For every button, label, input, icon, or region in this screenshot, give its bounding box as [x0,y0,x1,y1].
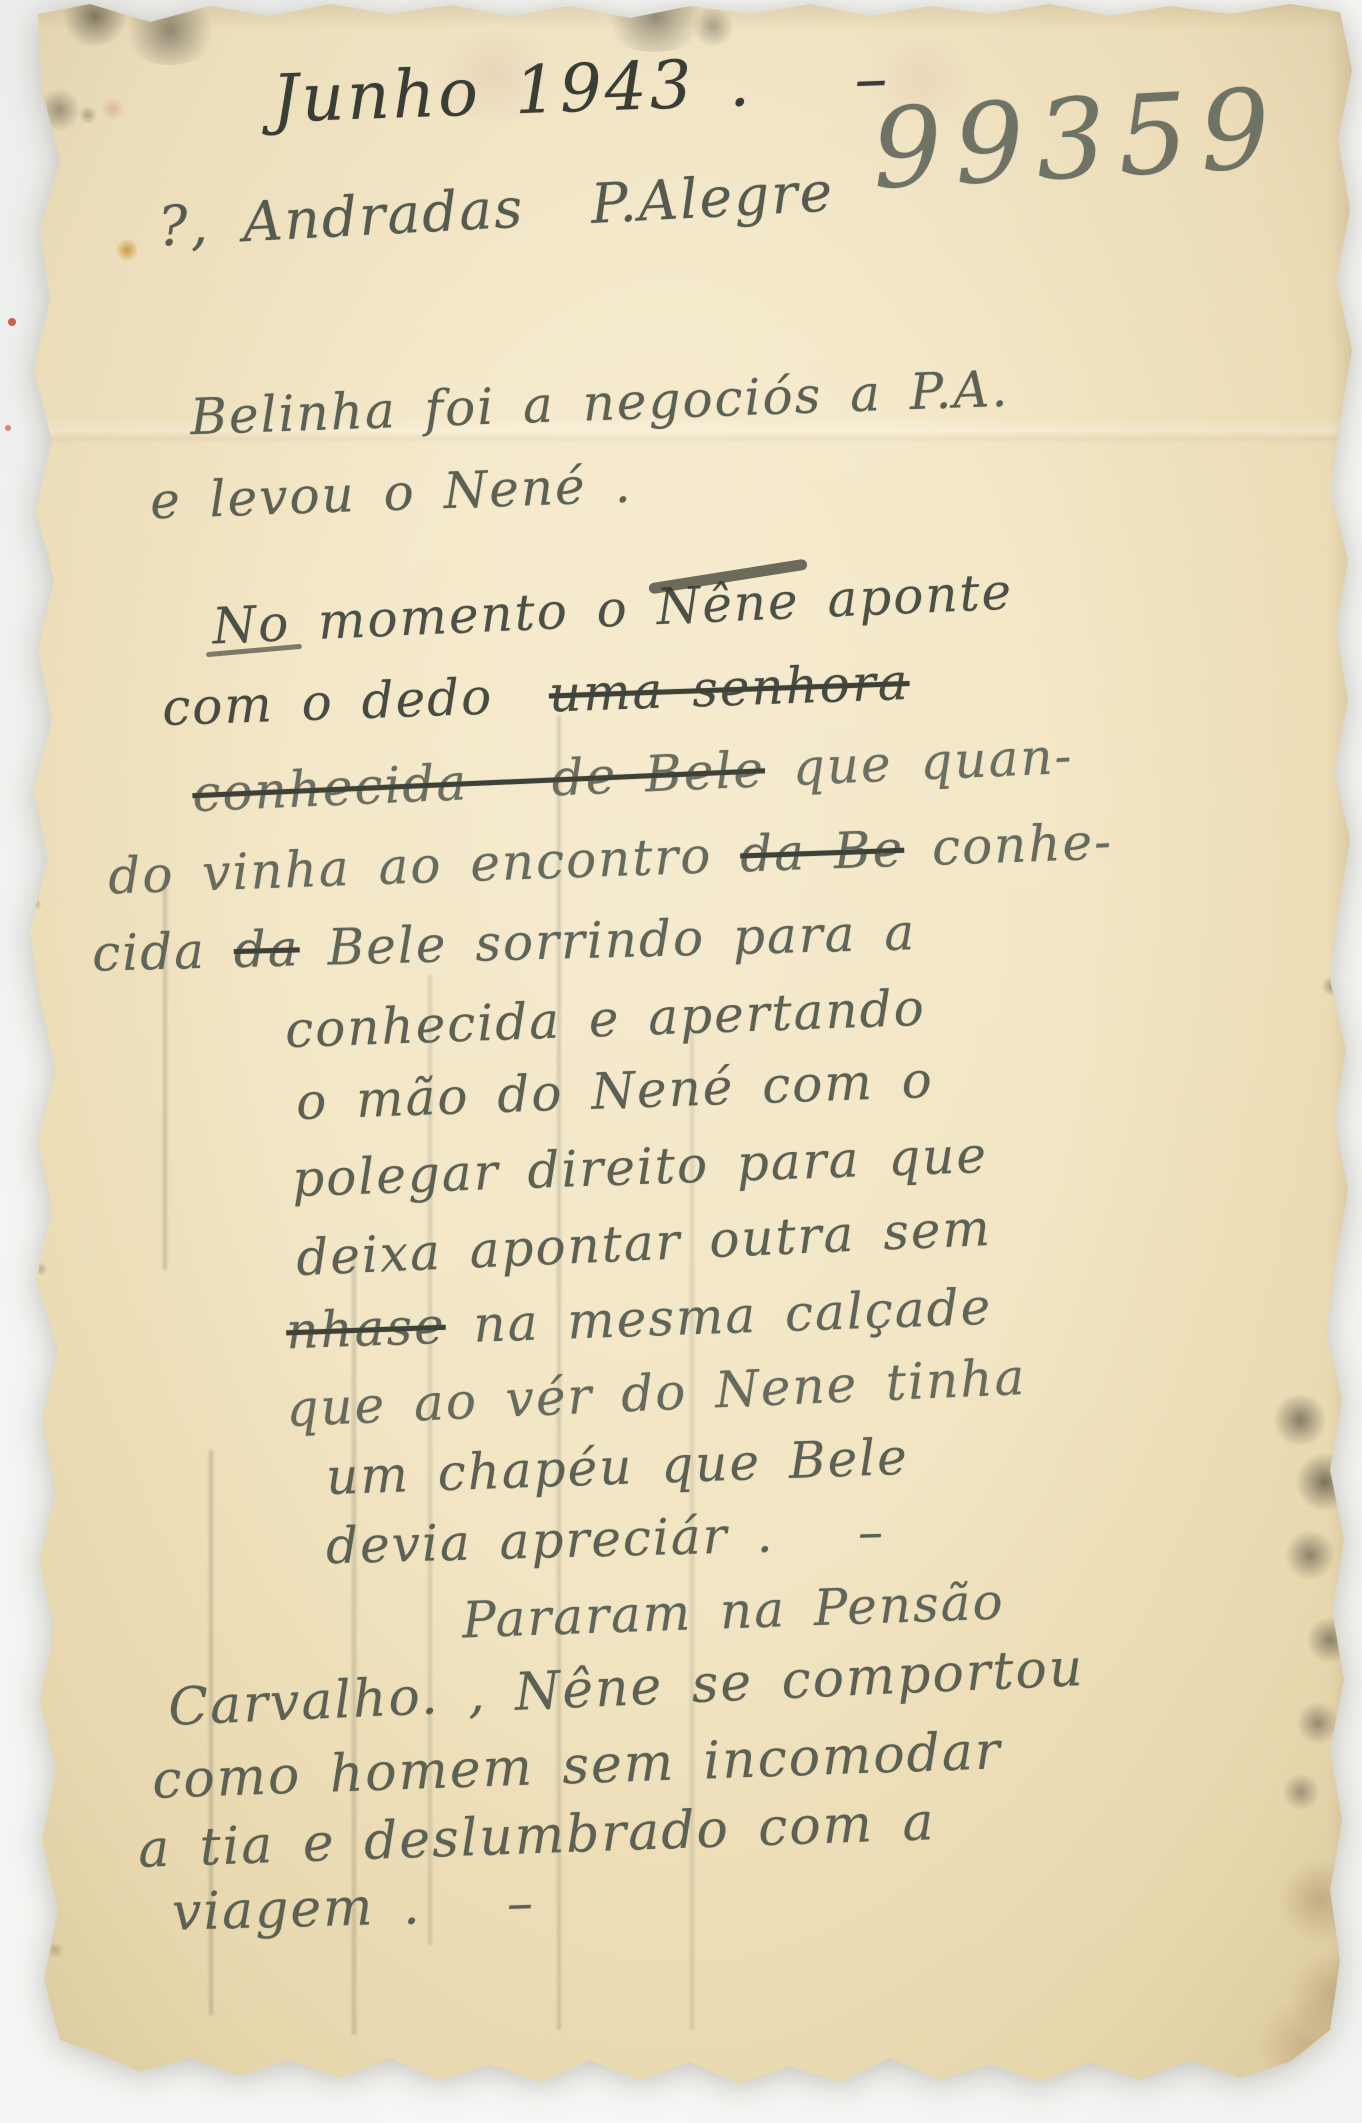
edge-stain [1272,1392,1328,1448]
edge-stain [1306,1615,1354,1665]
ink-smudge [600,0,710,52]
edge-stain [1295,1450,1355,1514]
paper-edge-shading [0,0,30,2123]
ink-smudge [690,8,736,46]
text-run: cida [91,921,234,983]
edge-stain [1255,2000,1355,2090]
paper-edge-shading [0,0,1362,30]
paper-edge-shading [0,2077,1362,2123]
ink-smudge [60,0,130,46]
struck-text: da [233,919,300,979]
paper-spot [100,98,126,120]
paper-edge-shading [1328,0,1362,2123]
text-run: conhe- [903,812,1114,877]
handwritten-line: devia apreciár . – [325,1507,885,1572]
edge-stain [30,898,42,910]
edge-stain [1280,1855,1360,1945]
paper-spot [116,238,138,262]
ink-smudge [120,0,220,65]
edge-stain [1290,1950,1362,2045]
ink-smudge [36,88,82,132]
ink-smudge [78,106,98,124]
struck-text: nhase [285,1297,446,1361]
edge-stain [1296,1700,1340,1746]
edge-stain [1322,975,1342,997]
struck-text: da Be [739,820,905,884]
edge-stain [34,1262,48,1276]
edge-stain [1284,1528,1336,1582]
reference-number: 99359 [869,73,1284,204]
text-run: viagem . – [171,1873,535,1942]
edge-stain [46,1942,64,1958]
edge-stain [1282,1772,1320,1812]
edge-stain [36,552,50,566]
handwritten-line: viagem . – [171,1877,535,1938]
scanned-handwritten-note: { "note": { "date_line": "Junho 1943 . –… [0,0,1362,2123]
